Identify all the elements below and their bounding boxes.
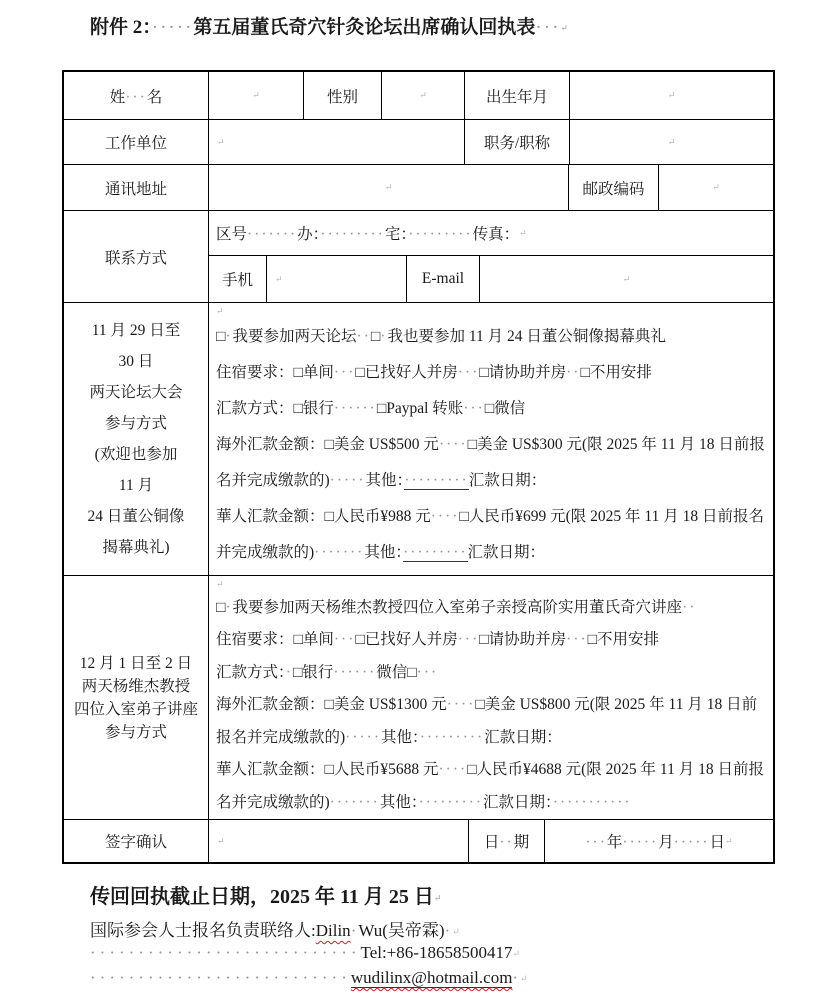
cell-end-mark: ↵ xyxy=(217,137,225,148)
postal-label: 邮政编码 xyxy=(582,177,644,199)
landline-line: 区号·······办：·········宅：·········传真： xyxy=(216,222,519,244)
text-line: 11 月 xyxy=(64,470,208,501)
gender-label: 性别 xyxy=(327,85,358,107)
date-blank-line: ···年·····月·····日 xyxy=(585,830,725,852)
work-label: 工作单位 xyxy=(105,131,167,153)
space-marks: ··· xyxy=(535,17,560,38)
cell-end-mark: ↵ xyxy=(668,137,676,148)
cell-end-mark-line: ↵ xyxy=(216,303,769,319)
signature-label: 签字确认 xyxy=(105,830,167,852)
signature-row: 签字确认 ↵ 日··期 ···年·····月·····日↵ xyxy=(64,820,773,862)
cell-end-mark: ↵ xyxy=(668,90,676,101)
email-label-cell: E-mail xyxy=(407,256,480,302)
position-label-cell: 职务/职称 xyxy=(465,120,570,164)
space-mark: · xyxy=(512,968,520,987)
cell-end-mark: ↵ xyxy=(419,90,427,101)
text-line: □·我要参加两天杨维杰教授四位入室弟子亲授高阶实用董氏奇穴讲座·· xyxy=(216,592,769,625)
gender-label-cell: 性别 xyxy=(304,72,382,119)
cell-end-mark: ↵ xyxy=(623,274,631,285)
cell-end-mark: ↵ xyxy=(217,836,225,847)
text-line: 参与方式 xyxy=(64,721,208,744)
cell-end-mark: ↵ xyxy=(252,90,260,101)
landline-input-cell[interactable]: 区号·······办：·········宅：·········传真：↵ xyxy=(209,211,773,256)
attachment-label: 附件 2： xyxy=(90,17,152,38)
forum-section-content[interactable]: ↵ □·我要参加两天论坛··□·我也要参加 11 月 24 日董公铜像揭幕典礼住… xyxy=(209,303,773,575)
space-marks: ··························· xyxy=(90,968,351,987)
email-label: E-mail xyxy=(422,270,464,288)
text-line: 住宿要求：□单间···□已找好人并房···□请协助并房···□不用安排 xyxy=(216,624,769,657)
deadline-text: 传回回执截止日期，2025 年 11 月 25 日 xyxy=(90,886,434,908)
signature-input-cell[interactable]: ↵ xyxy=(209,820,469,862)
postal-label-cell: 邮政编码 xyxy=(569,165,659,210)
cell-end-mark-line: ↵ xyxy=(216,576,769,592)
email-link[interactable]: wudilinx@hotmail.com xyxy=(351,968,513,988)
text-line: 住宿要求：□单间···□已找好人并房···□请协助并房··□不用安排 xyxy=(216,355,769,391)
lecture-option-lines: □·我要参加两天杨维杰教授四位入室弟子亲授高阶实用董氏奇穴讲座··住宿要求：□单… xyxy=(216,592,769,819)
text-line: (欢迎也参加 xyxy=(64,439,208,470)
text-line: 汇款方式：□银行······□Paypal 转账···□微信 xyxy=(216,391,769,427)
text-line: 两天论坛大会 xyxy=(64,377,208,408)
date-input-cell[interactable]: ···年·····月·····日↵ xyxy=(545,820,773,862)
name-label-cell: 姓···名 xyxy=(64,72,209,119)
text-line: 24 日董公铜像 xyxy=(64,501,208,532)
paragraph-mark: ↵ xyxy=(512,949,520,959)
space-marks: ···························· xyxy=(90,943,361,962)
contact-person-line: 国际参会人士报名负责联络人:Dilin·Wu(吴帝霖)·↵ xyxy=(90,916,460,941)
table-row: 工作单位 ↵ 职务/职称 ↵ xyxy=(64,120,773,165)
cell-end-mark: ↵ xyxy=(712,182,720,193)
mobile-label: 手机 xyxy=(222,268,253,290)
email-input-cell[interactable]: ↵ xyxy=(480,256,773,302)
reply-form-table: 姓···名 ↵ 性别 ↵ 出生年月 ↵ 工作单位 ↵ 职务/职称 ↵ 通讯地址 … xyxy=(62,70,775,864)
cell-end-mark: ↵ xyxy=(275,274,283,285)
contact-label: 联系方式 xyxy=(105,246,167,268)
telephone-number: Tel:+86-18658500417 xyxy=(361,943,513,962)
date-label-cell: 日··期 xyxy=(469,820,545,862)
title-text: 第五届董氏奇穴针灸论坛出席确认回执表 xyxy=(193,17,535,38)
contact-name: Dilin xyxy=(316,921,351,940)
lecture-section-label: 12 月 1 日至 2 日两天杨维杰教授四位入室弟子讲座参与方式 xyxy=(64,576,209,819)
forum-section-row: 11 月 29 日至30 日两天论坛大会参与方式(欢迎也参加11 月24 日董公… xyxy=(64,303,773,576)
deadline-line: 传回回执截止日期，2025 年 11 月 25 日↵ xyxy=(90,880,441,909)
text-line: 汇款方式：·□银行······微信□··· xyxy=(216,657,769,690)
lecture-section-content[interactable]: ↵ □·我要参加两天杨维杰教授四位入室弟子亲授高阶实用董氏奇穴讲座··住宿要求：… xyxy=(209,576,773,819)
position-input-cell[interactable]: ↵ xyxy=(570,120,773,164)
forum-option-lines: □·我要参加两天论坛··□·我也要参加 11 月 24 日董公铜像揭幕典礼住宿要… xyxy=(216,319,769,571)
lecture-section-row: 12 月 1 日至 2 日两天杨维杰教授四位入室弟子讲座参与方式 ↵ □·我要参… xyxy=(64,576,773,820)
table-row: 联系方式 区号·······办：·········宅：·········传真：↵… xyxy=(64,211,773,303)
table-row: 通讯地址 ↵ 邮政编码 ↵ xyxy=(64,165,773,211)
text-line: 参与方式 xyxy=(64,408,208,439)
text-line: 華人汇款金额：□人民币¥5688 元····□人民币¥4688 元(限 2025… xyxy=(216,754,769,819)
forum-section-label: 11 月 29 日至30 日两天论坛大会参与方式(欢迎也参加11 月24 日董公… xyxy=(64,303,209,575)
text-line: □·我要参加两天论坛··□·我也要参加 11 月 24 日董公铜像揭幕典礼 xyxy=(216,319,769,355)
telephone-line: ····························Tel:+86-1865… xyxy=(90,943,520,963)
name-input-cell[interactable]: ↵ xyxy=(209,72,304,119)
contact-label-cell: 联系方式 xyxy=(64,211,209,302)
mobile-label-cell: 手机 xyxy=(209,256,267,302)
text-line: 海外汇款金额：□美金 US$1300 元····□美金 US$800 元(限 2… xyxy=(216,689,769,754)
contact-sub-row: 手机 ↵ E-mail ↵ xyxy=(209,256,773,302)
address-label-cell: 通讯地址 xyxy=(64,165,209,210)
cell-end-mark: ↵ xyxy=(216,306,224,316)
cell-end-mark: ↵ xyxy=(725,836,733,847)
birth-input-cell[interactable]: ↵ xyxy=(570,72,773,119)
space-marks: ····· xyxy=(152,17,194,38)
address-input-cell[interactable]: ↵ xyxy=(209,165,569,210)
text-line: 揭幕典礼) xyxy=(64,532,208,563)
text-line: 11 月 29 日至 xyxy=(64,315,208,346)
page-title: 附件 2：·····第五届董氏奇穴针灸论坛出席确认回执表···↵ xyxy=(90,12,568,39)
paragraph-mark: ↵ xyxy=(560,23,568,33)
contact-prefix: 国际参会人士报名负责联络人: xyxy=(90,921,316,940)
address-label: 通讯地址 xyxy=(105,177,167,199)
work-label-cell: 工作单位 xyxy=(64,120,209,164)
text-line: 两天杨维杰教授 xyxy=(64,675,208,698)
paragraph-mark: ↵ xyxy=(452,927,460,937)
contact-right-group: 区号·······办：·········宅：·········传真：↵ 手机 ↵… xyxy=(209,211,773,302)
paragraph-mark: ↵ xyxy=(434,893,442,903)
mobile-input-cell[interactable]: ↵ xyxy=(267,256,407,302)
gender-input-cell[interactable]: ↵ xyxy=(382,72,465,119)
paragraph-mark: ↵ xyxy=(520,974,528,984)
document-page: 附件 2：·····第五届董氏奇穴针灸论坛出席确认回执表···↵ 姓···名 ↵… xyxy=(0,0,837,996)
cell-end-mark: ↵ xyxy=(519,228,527,239)
date-label: 日··期 xyxy=(484,830,529,852)
work-input-cell[interactable]: ↵ xyxy=(209,120,465,164)
cell-end-mark: ↵ xyxy=(385,182,393,193)
cell-end-mark: ↵ xyxy=(216,579,224,589)
email-line: ···························wudilinx@hotm… xyxy=(90,968,528,988)
text-line: 華人汇款金额：□人民币¥988 元····□人民币¥699 元(限 2025 年… xyxy=(216,499,769,571)
text-line: 30 日 xyxy=(64,346,208,377)
birth-label-cell: 出生年月 xyxy=(465,72,570,119)
table-row: 姓···名 ↵ 性别 ↵ 出生年月 ↵ xyxy=(64,72,773,120)
text-line: 海外汇款金额：□美金 US$500 元····□美金 US$300 元(限 20… xyxy=(216,427,769,499)
birth-label: 出生年月 xyxy=(486,85,548,107)
text-line: 四位入室弟子讲座 xyxy=(64,698,208,721)
text-line: 12 月 1 日至 2 日 xyxy=(64,652,208,675)
name-label: 姓···名 xyxy=(110,85,163,107)
postal-input-cell[interactable]: ↵ xyxy=(659,165,773,210)
position-label: 职务/职称 xyxy=(484,131,550,153)
contact-name-rest: Wu(吴帝霖)· xyxy=(358,921,452,940)
signature-label-cell: 签字确认 xyxy=(64,820,209,862)
